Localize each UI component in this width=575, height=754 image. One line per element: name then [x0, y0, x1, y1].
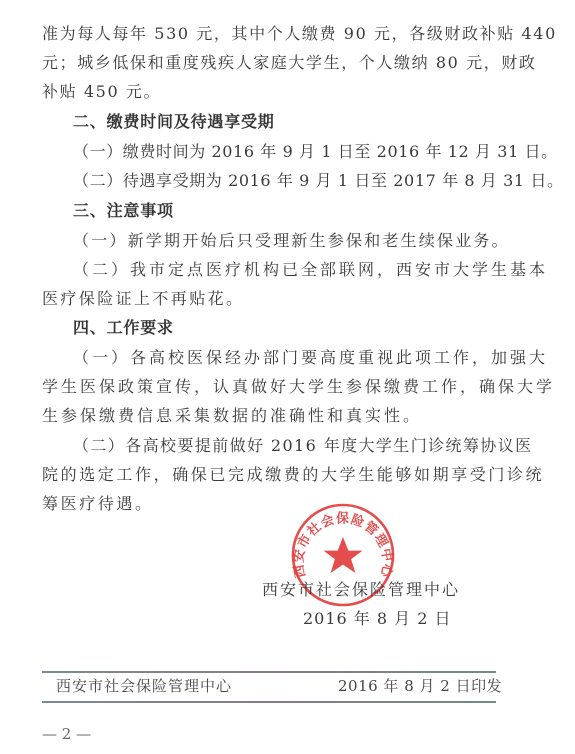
- paragraph-line: 生参保缴费信息采集数据的准确性和真实性。: [42, 406, 422, 426]
- paragraph-line: 筹医疗待遇。: [42, 494, 154, 514]
- footer-issuer: 西安市社会保险管理中心: [56, 676, 232, 696]
- paragraph-line: 元；城乡低保和重度残疾人家庭大学生，个人缴纳 80 元，财政: [42, 53, 537, 73]
- paragraph-line: 准为每人每年 530 元，其中个人缴费 90 元，各级财政补贴 440: [42, 24, 557, 44]
- paragraph-line: （一）各高校医保经办部门要高度重视此项工作，加强大: [73, 348, 548, 368]
- signature-date: 2016 年 8 月 2 日: [303, 609, 452, 629]
- paragraph-line: （一）新学期开始后只受理新生参保和老生续保业务。: [73, 231, 510, 251]
- section-heading-work-requirements: 四、工作要求: [73, 318, 174, 338]
- red-star-icon: [323, 537, 362, 573]
- signature-organization: 西安市社会保险管理中心: [262, 580, 460, 600]
- page-number: — 2 —: [42, 725, 91, 743]
- section-heading-payment-period: 二、缴费时间及待遇享受期: [73, 112, 275, 132]
- paragraph-line: （二）待遇享受期为 2016 年 9 月 1 日至 2017 年 8 月 31 …: [73, 171, 564, 191]
- section-heading-notes: 三、注意事项: [73, 201, 174, 221]
- paragraph-line: （一）缴费时间为 2016 年 9 月 1 日至 2016 年 12 月 31 …: [73, 142, 558, 162]
- footer-top-rule: [42, 671, 496, 673]
- footer-issue-date: 2016 年 8 月 2 日印发: [338, 676, 502, 696]
- paragraph-line: （二）各高校要提前做好 2016 年度大学生门诊统筹协议医: [73, 436, 533, 456]
- paragraph-line: 医疗保险证上不再贴花。: [42, 289, 244, 309]
- paragraph-line: 学生医保政策宣传，认真做好大学生参保缴费工作，确保大学: [42, 377, 555, 397]
- footer-bottom-rule: [42, 701, 496, 703]
- paragraph-line: 院的选定工作，确保已完成缴费的大学生能够如期享受门诊统: [42, 465, 544, 485]
- paragraph-line: （二）我市定点医疗机构已全部联网，西安市大学生基本: [73, 260, 548, 280]
- paragraph-line: 补贴 450 元。: [42, 82, 161, 102]
